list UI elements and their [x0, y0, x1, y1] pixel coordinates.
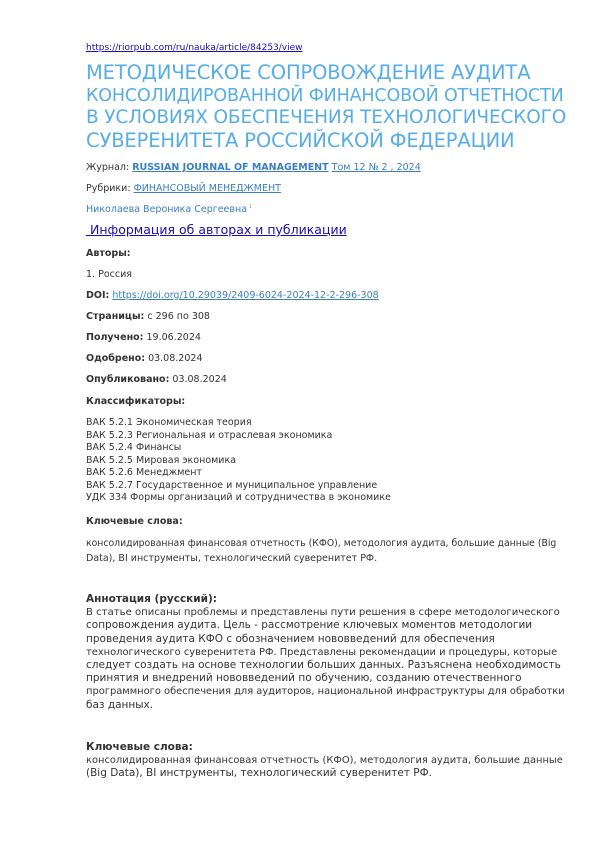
keywords2-section: Ключевые слова: консолидированная финанс…: [86, 741, 566, 781]
article-title: МЕТОДИЧЕСКОЕ СОПРОВОЖДЕНИЕ АУДИТА КОНСОЛ…: [86, 62, 566, 152]
source-url-link[interactable]: https://riorpub.com/ru/nauka/article/842…: [86, 43, 303, 53]
keywords-line: Data), BI инструменты, технологический с…: [86, 552, 566, 567]
abstract-section: Аннотация (русский): В статье описаны пр…: [86, 593, 566, 712]
classifier-item: ВАК 5.2.6 Менеджмент: [86, 467, 566, 480]
published-row: Опубликовано: 03.08.2024: [86, 374, 566, 387]
author-info-link[interactable]: Информация об авторах и публикации: [86, 222, 347, 237]
doi-label: DOI:: [86, 290, 109, 301]
classifier-item: ВАК 5.2.3 Региональная и отраслевая экон…: [86, 430, 566, 443]
classifier-item: УДК 334 Формы организаций и сотрудничест…: [86, 492, 566, 505]
received-row: Получено: 19.06.2024: [86, 332, 566, 345]
abstract-line: технологического суверенитета РФ. Предст…: [86, 646, 566, 659]
affiliation-item: 1. Россия: [86, 269, 566, 282]
author-row: Николаева Вероника Сергеевна1: [86, 204, 252, 215]
keywords-label: Ключевые слова:: [86, 516, 183, 527]
abstract-label: Аннотация (русский):: [86, 593, 566, 606]
keywords-line: консолидированная финансовая отчетность …: [86, 537, 566, 552]
abstract-line: программного обеспечения для аудиторов, …: [86, 685, 566, 698]
classifiers-heading: Классификаторы:: [86, 396, 566, 409]
approved-value: 03.08.2024: [148, 353, 202, 364]
classifiers-list: ВАК 5.2.1 Экономическая теория ВАК 5.2.3…: [86, 417, 566, 505]
journal-name-link[interactable]: RUSSIAN JOURNAL OF MANAGEMENT: [132, 162, 328, 173]
author-name[interactable]: Николаева Вероника Сергеевна: [86, 204, 247, 215]
authors-heading: Авторы:: [86, 248, 131, 259]
abstract-line: В статье описаны проблемы и представлены…: [86, 606, 566, 619]
classifier-item: ВАК 5.2.5 Мировая экономика: [86, 455, 566, 468]
title-line: КОНСОЛИДИРОВАННОЙ ФИНАНСОВОЙ ОТЧЕТНОСТИ: [86, 85, 566, 108]
received-value: 19.06.2024: [147, 332, 201, 343]
received-label: Получено:: [86, 332, 143, 343]
title-line: МЕТОДИЧЕСКОЕ СОПРОВОЖДЕНИЕ АУДИТА: [86, 62, 566, 85]
keywords2-line: (Big Data), BI инструменты, технологичес…: [86, 767, 566, 780]
rubric-label: Рубрики:: [86, 183, 131, 194]
classifier-item: ВАК 5.2.1 Экономическая теория: [86, 417, 566, 430]
abstract-line: принятия и внедрений нововведений по обу…: [86, 672, 566, 685]
pages-value: с 296 по 308: [147, 311, 210, 322]
keywords2-line: консолидированная финансовая отчетность …: [86, 754, 566, 767]
title-line: СУВЕРЕНИТЕТА РОССИЙСКОЙ ФЕДЕРАЦИИ: [86, 130, 566, 153]
abstract-line: баз данных.: [86, 699, 566, 712]
journal-label: Журнал:: [86, 162, 129, 173]
approved-row: Одобрено: 03.08.2024: [86, 353, 566, 366]
doi-row: DOI: https://doi.org/10.29039/2409-6024-…: [86, 290, 566, 303]
authors-label: Авторы:: [86, 248, 566, 261]
published-value: 03.08.2024: [172, 374, 226, 385]
abstract-line: сопровождения аудита. Цель - рассмотрени…: [86, 619, 566, 632]
keywords2-label: Ключевые слова:: [86, 741, 566, 754]
keywords-text: консолидированная финансовая отчетность …: [86, 537, 566, 566]
rubric-link[interactable]: ФИНАНСОВЫЙ МЕНЕДЖМЕНТ: [134, 183, 281, 194]
doi-link[interactable]: https://doi.org/10.29039/2409-6024-2024-…: [112, 290, 378, 301]
approved-label: Одобрено:: [86, 353, 145, 364]
affiliation-ref: 1: [249, 204, 252, 210]
abstract-line: следует создать на основе технологии бол…: [86, 659, 566, 672]
classifier-item: ВАК 5.2.7 Государственное и муниципально…: [86, 480, 566, 493]
abstract-line: проведения аудита КФО с обозначением нов…: [86, 633, 566, 646]
journal-row: Журнал: RUSSIAN JOURNAL OF MANAGEMENT То…: [86, 162, 421, 173]
title-line: В УСЛОВИЯХ ОБЕСПЕЧЕНИЯ ТЕХНОЛОГИЧЕСКОГО: [86, 107, 566, 130]
pages-label: Страницы:: [86, 311, 144, 322]
pages-row: Страницы: с 296 по 308: [86, 311, 566, 324]
author-info-link-text: Информация об авторах и публикации: [90, 222, 347, 237]
rubric-row: Рубрики: ФИНАНСОВЫЙ МЕНЕДЖМЕНТ: [86, 183, 281, 194]
classifiers-label: Классификаторы:: [86, 396, 185, 407]
published-label: Опубликовано:: [86, 374, 169, 385]
keywords-heading: Ключевые слова:: [86, 516, 566, 529]
journal-issue-link[interactable]: Том 12 № 2 , 2024: [332, 162, 421, 173]
classifier-item: ВАК 5.2.4 Финансы: [86, 442, 566, 455]
